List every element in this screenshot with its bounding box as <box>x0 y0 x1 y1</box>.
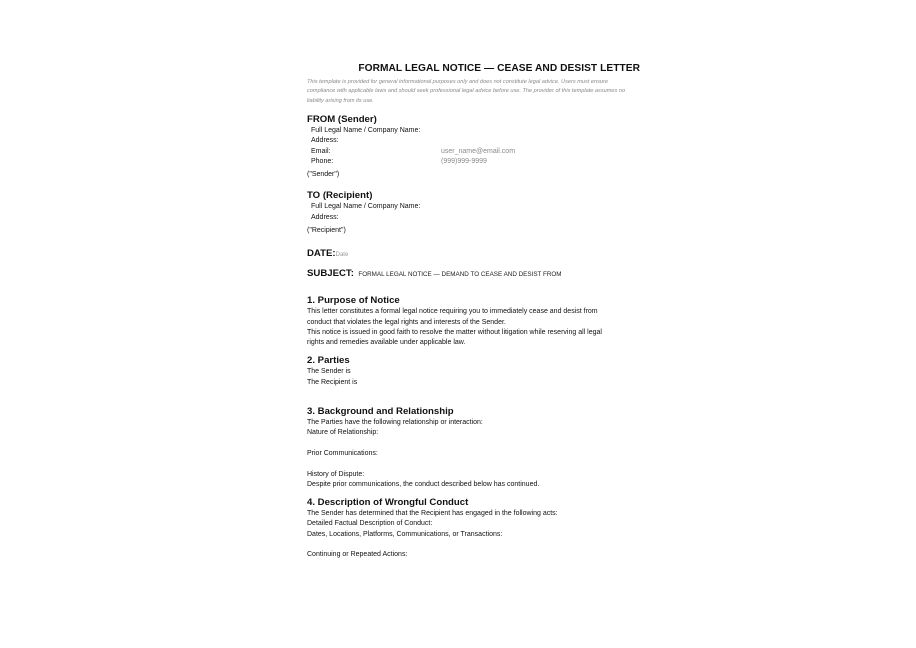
section-line: The Recipient is <box>307 378 640 388</box>
section-heading: 2. Parties <box>307 354 640 367</box>
recipient-name-row: Full Legal Name / Company Name: <box>307 202 640 212</box>
disclaimer-text: This template is provided for general in… <box>307 78 637 106</box>
section-line: Detailed Factual Description of Conduct: <box>307 519 640 529</box>
section-line: This notice is issued in good faith to r… <box>307 328 640 338</box>
section-line: Dates, Locations, Platforms, Communicati… <box>307 530 640 540</box>
section-line: History of Dispute: <box>307 470 640 480</box>
section-purpose: 1. Purpose of Notice This letter constit… <box>307 294 640 348</box>
sender-name-label: Full Legal Name / Company Name: <box>311 126 441 136</box>
subject-line: SUBJECT: FORMAL LEGAL NOTICE — DEMAND TO… <box>307 265 640 278</box>
blank-line <box>307 540 640 550</box>
sender-email-field[interactable]: user_name@email.com <box>441 147 515 157</box>
section-heading: 1. Purpose of Notice <box>307 294 640 307</box>
blank-line <box>307 439 640 449</box>
section-background: 3. Background and Relationship The Parti… <box>307 405 640 490</box>
section-line: Prior Communications: <box>307 449 640 459</box>
document-page: FORMAL LEGAL NOTICE — CEASE AND DESIST L… <box>307 62 640 561</box>
recipient-name-label: Full Legal Name / Company Name: <box>311 202 441 212</box>
section-line: Continuing or Repeated Actions: <box>307 550 640 560</box>
recipient-block: TO (Recipient) Full Legal Name / Company… <box>307 189 640 236</box>
sender-address-row: Address: <box>307 136 640 146</box>
section-line: conduct that violates the legal rights a… <box>307 318 640 328</box>
sender-block: FROM (Sender) Full Legal Name / Company … <box>307 113 640 181</box>
recipient-address-row: Address: <box>307 213 640 223</box>
recipient-heading: TO (Recipient) <box>307 189 640 202</box>
sender-name-row: Full Legal Name / Company Name: <box>307 126 640 136</box>
section-line: Despite prior communications, the conduc… <box>307 480 640 490</box>
sender-email-label: Email: <box>311 147 441 157</box>
section-heading: 4. Description of Wrongful Conduct <box>307 496 640 509</box>
recipient-alias: ("Recipient") <box>307 226 640 236</box>
subject-label: SUBJECT: <box>307 268 354 279</box>
sender-heading: FROM (Sender) <box>307 113 640 126</box>
sender-alias: ("Sender") <box>307 170 640 180</box>
subject-text: FORMAL LEGAL NOTICE — DEMAND TO CEASE AN… <box>358 271 561 278</box>
section-line: The Sender is <box>307 367 640 377</box>
section-line: The Sender has determined that the Recip… <box>307 509 640 519</box>
sender-phone-label: Phone: <box>311 157 441 167</box>
section-wrongful-conduct: 4. Description of Wrongful Conduct The S… <box>307 496 640 560</box>
section-parties: 2. Parties The Sender is The Recipient i… <box>307 354 640 388</box>
document-title: FORMAL LEGAL NOTICE — CEASE AND DESIST L… <box>307 62 640 76</box>
sender-phone-row: Phone: (999)999-9999 <box>307 157 640 167</box>
section-line: Nature of Relationship: <box>307 428 640 438</box>
section-line: rights and remedies available under appl… <box>307 338 640 348</box>
date-line: DATE:Date <box>307 245 640 258</box>
section-heading: 3. Background and Relationship <box>307 405 640 418</box>
date-label: DATE: <box>307 248 336 259</box>
section-line: The Parties have the following relations… <box>307 418 640 428</box>
blank-line <box>307 459 640 469</box>
sender-address-label: Address: <box>311 136 441 146</box>
section-line: This letter constitutes a formal legal n… <box>307 307 640 317</box>
sender-phone-field[interactable]: (999)999-9999 <box>441 157 487 167</box>
sender-email-row: Email: user_name@email.com <box>307 147 640 157</box>
date-field[interactable]: Date <box>336 252 349 258</box>
recipient-address-label: Address: <box>311 213 441 223</box>
